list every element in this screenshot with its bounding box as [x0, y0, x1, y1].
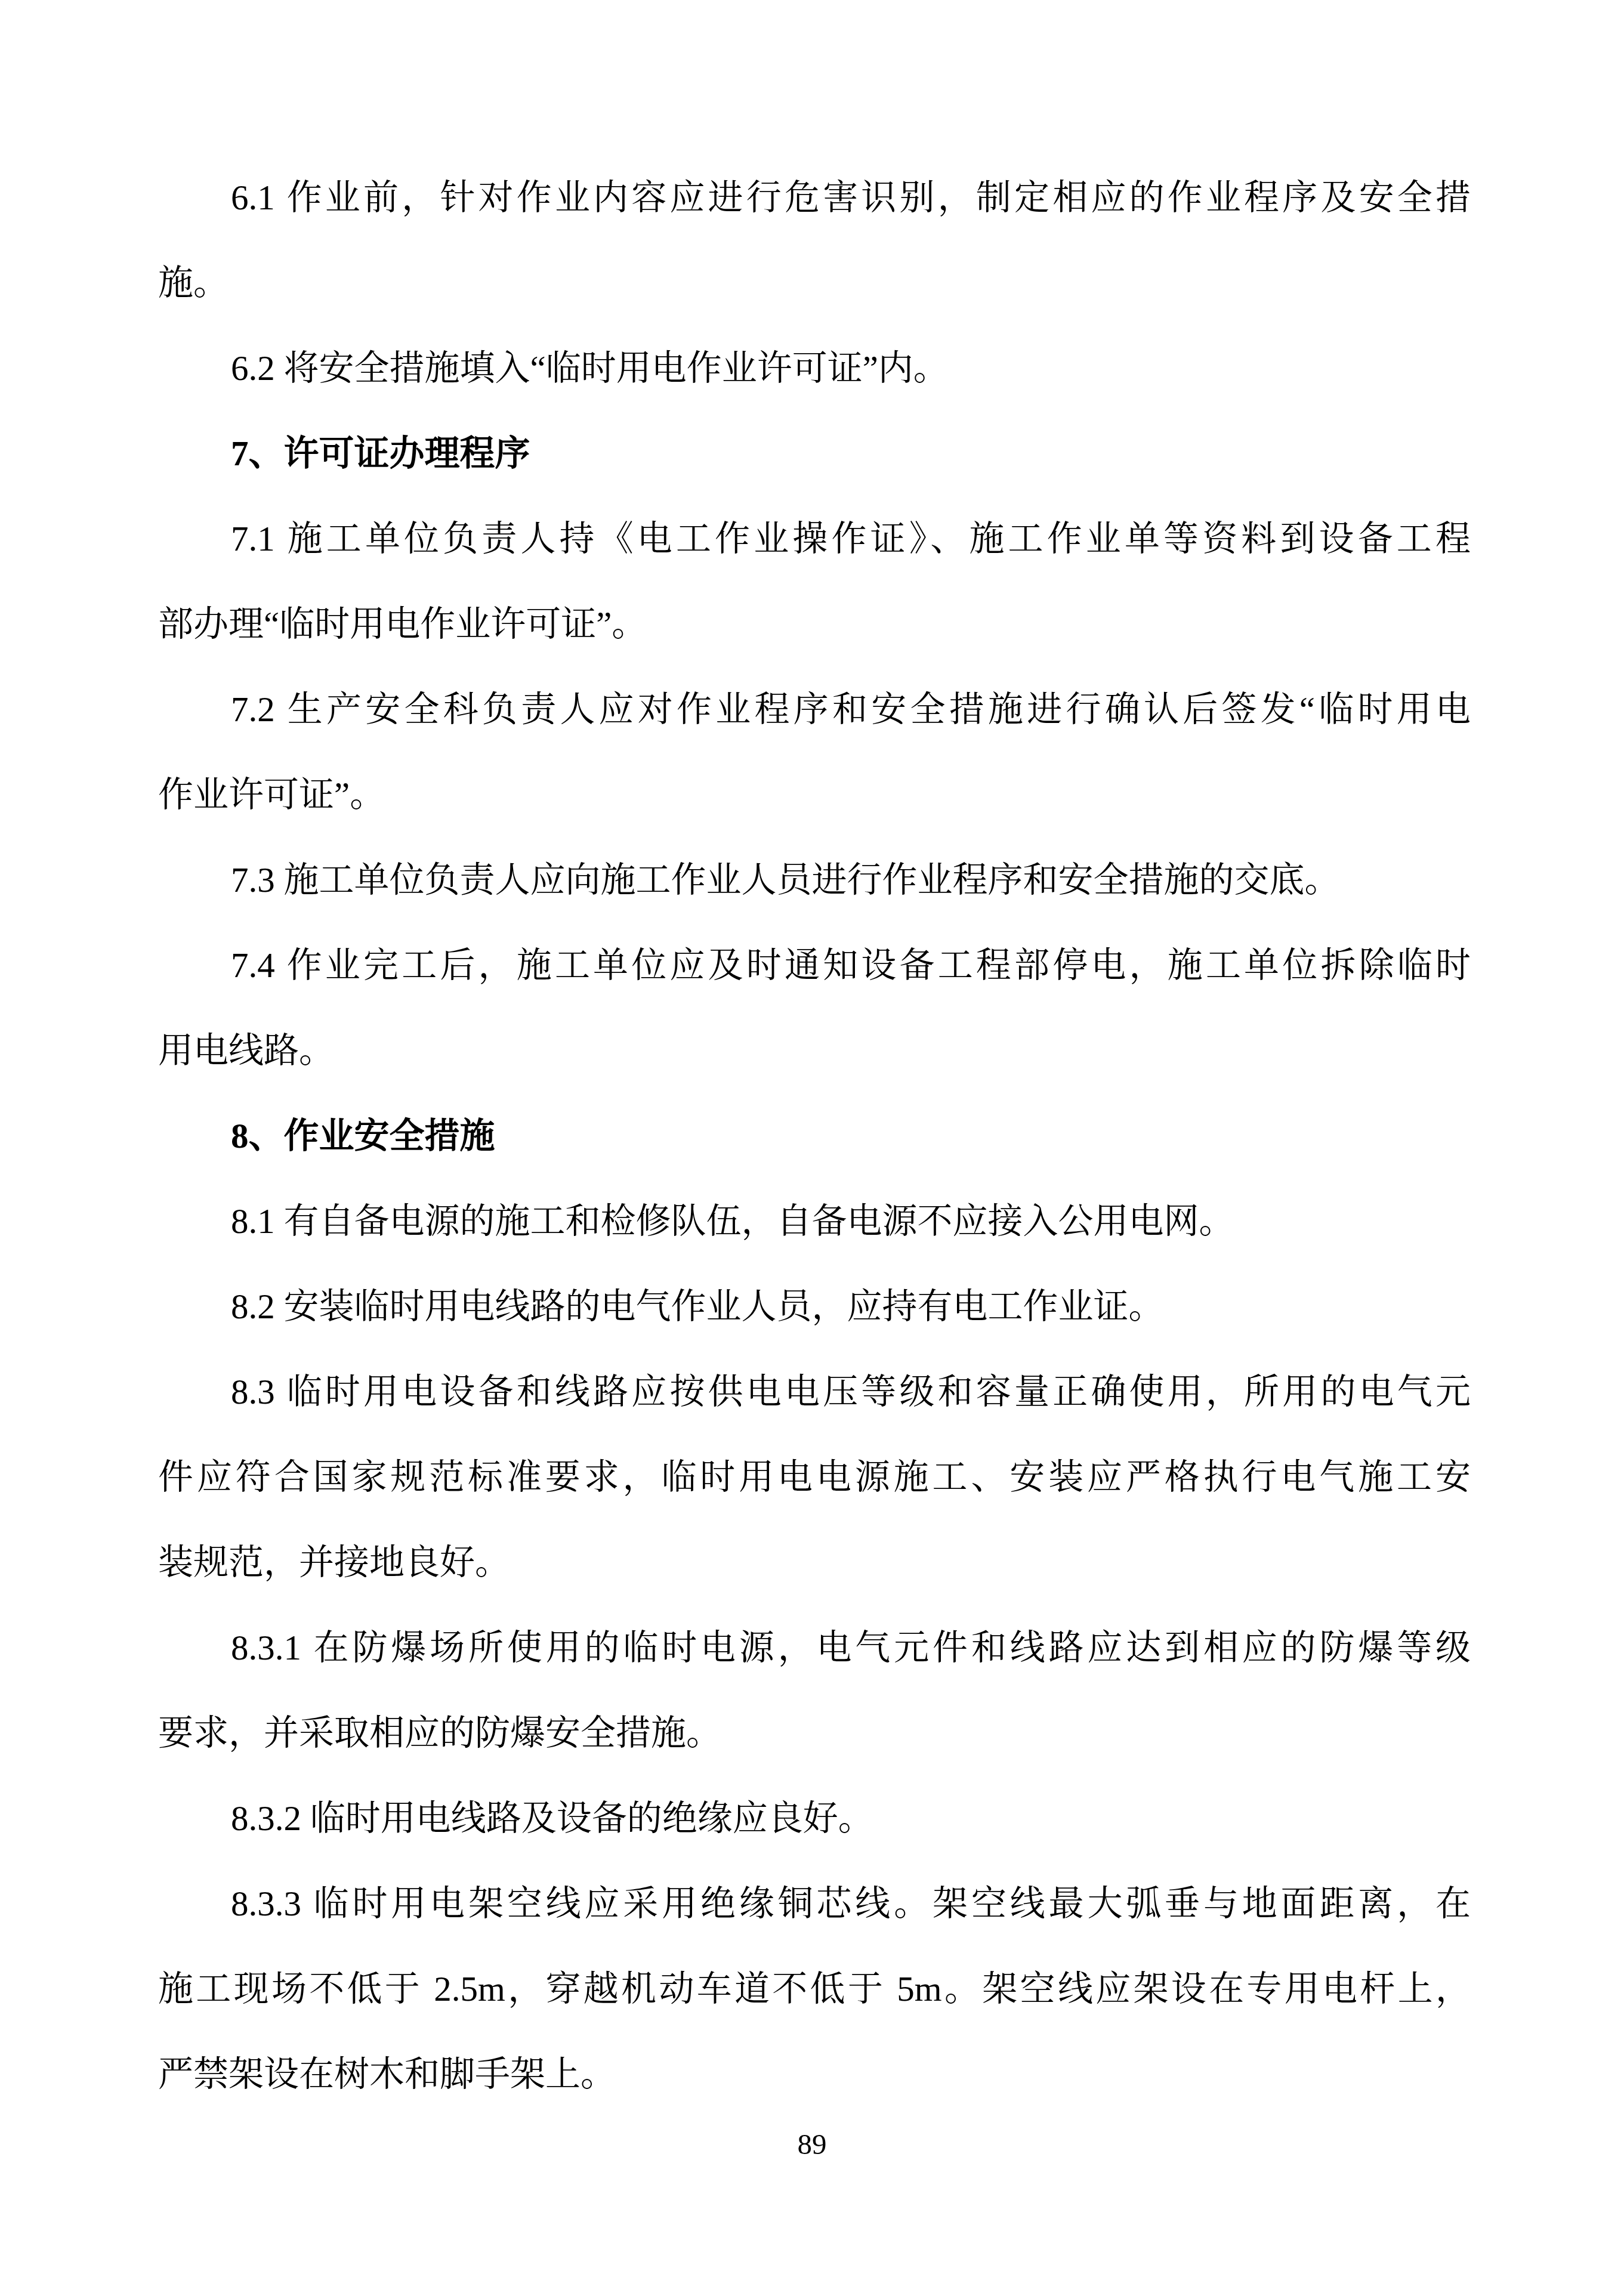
text-line: 8.3 临时用电设备和线路应按供电电压等级和容量正确使用，所用的电气元	[158, 1349, 1471, 1435]
text-line: 作业许可证”。	[158, 752, 1471, 838]
text-line: 7.2 生产安全科负责人应对作业程序和安全措施进行确认后签发“临时用电	[158, 667, 1471, 752]
text-line: 8.3.3 临时用电架空线应采用绝缘铜芯线。架空线最大弧垂与地面距离，在	[158, 1861, 1471, 1946]
page-number: 89	[0, 2130, 1624, 2159]
text-line: 要求，并采取相应的防爆安全措施。	[158, 1691, 1471, 1776]
document-page: 6.1 作业前，针对作业内容应进行危害识别，制定相应的作业程序及安全措施。6.2…	[0, 0, 1624, 2296]
text-line: 严禁架设在树木和脚手架上。	[158, 2032, 1471, 2117]
text-line: 7.3 施工单位负责人应向施工作业人员进行作业程序和安全措施的交底。	[158, 838, 1471, 923]
heading-line: 8、作业安全措施	[158, 1093, 1471, 1179]
heading-line: 7、许可证办理程序	[158, 411, 1471, 496]
text-line: 部办理“临时用电作业许可证”。	[158, 582, 1471, 667]
text-line: 施工现场不低于 2.5m，穿越机动车道不低于 5m。架空线应架设在专用电杆上，	[158, 1946, 1471, 2032]
text-line: 8.3.1 在防爆场所使用的临时电源，电气元件和线路应达到相应的防爆等级	[158, 1605, 1471, 1691]
text-line: 8.1 有自备电源的施工和检修队伍，自备电源不应接入公用电网。	[158, 1179, 1471, 1264]
text-line: 6.1 作业前，针对作业内容应进行危害识别，制定相应的作业程序及安全措	[158, 155, 1471, 240]
text-line: 6.2 将安全措施填入“临时用电作业许可证”内。	[158, 326, 1471, 411]
text-line: 用电线路。	[158, 1008, 1471, 1093]
document-body: 6.1 作业前，针对作业内容应进行危害识别，制定相应的作业程序及安全措施。6.2…	[158, 155, 1471, 2117]
text-line: 8.2 安装临时用电线路的电气作业人员，应持有电工作业证。	[158, 1264, 1471, 1349]
text-line: 8.3.2 临时用电线路及设备的绝缘应良好。	[158, 1776, 1471, 1861]
text-line: 装规范，并接地良好。	[158, 1520, 1471, 1605]
text-line: 施。	[158, 240, 1471, 326]
text-line: 件应符合国家规范标准要求，临时用电电源施工、安装应严格执行电气施工安	[158, 1435, 1471, 1520]
text-line: 7.1 施工单位负责人持《电工作业操作证》、施工作业单等资料到设备工程	[158, 496, 1471, 582]
text-line: 7.4 作业完工后，施工单位应及时通知设备工程部停电，施工单位拆除临时	[158, 923, 1471, 1008]
